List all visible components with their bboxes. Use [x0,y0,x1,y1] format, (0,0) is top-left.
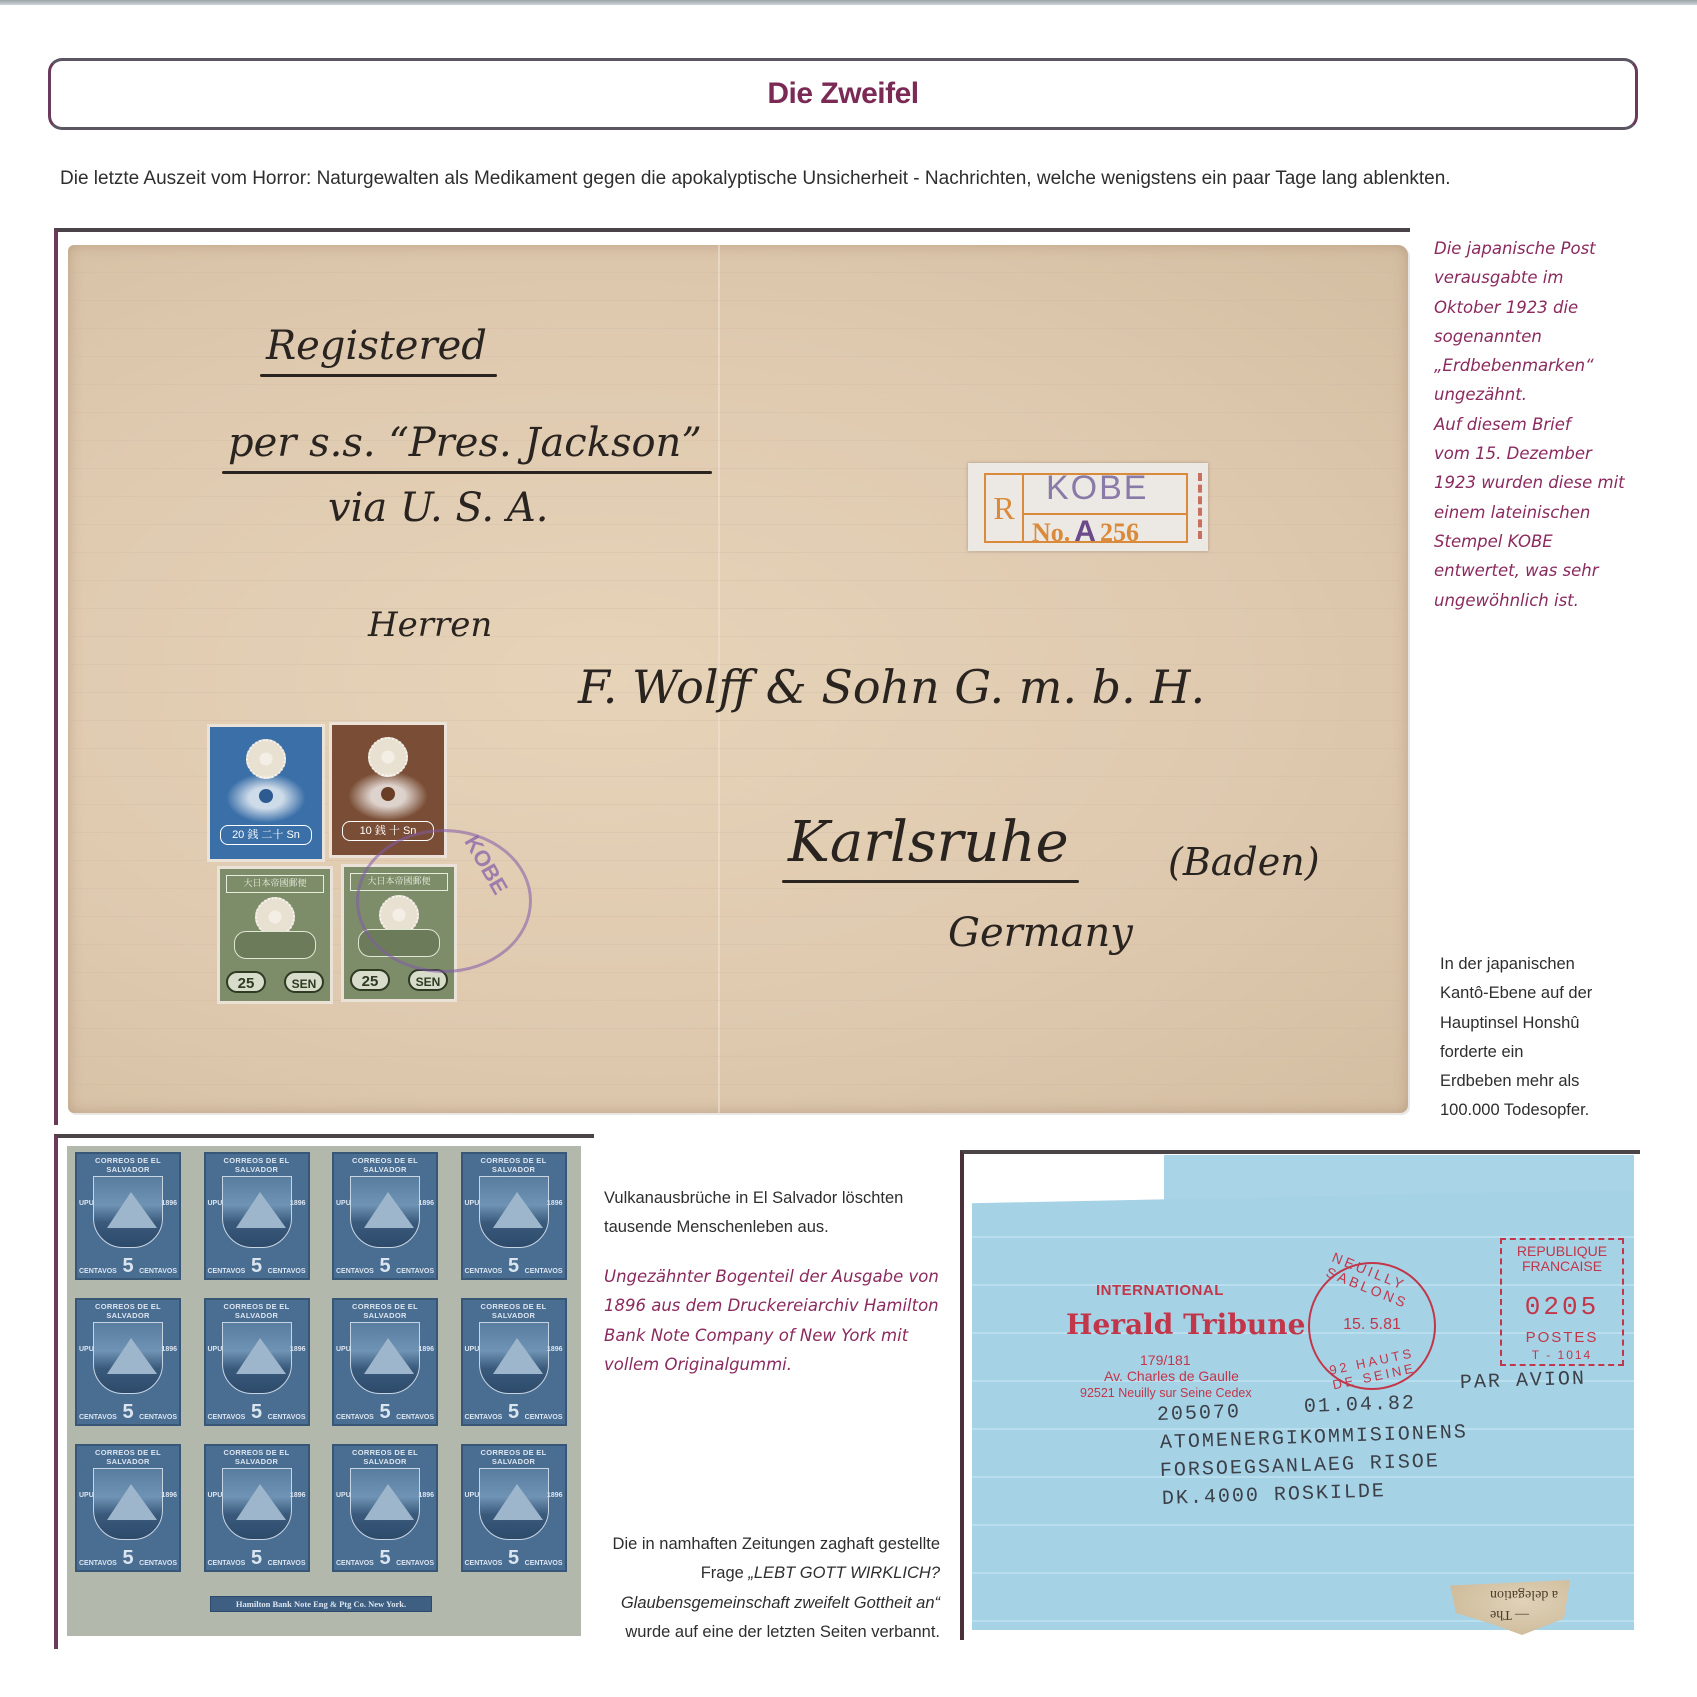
typed-date: 01.04.82 [1304,1392,1417,1419]
note-line: 1923 wurden diese mit [1434,468,1674,497]
handwriting-city: Karlsruhe [788,810,1069,875]
salvador-5-centavos-stamp: CORREOS DE EL SALVADORUPU1896CENTAVOS5CE… [332,1152,438,1280]
handwriting-addressee: F. Wolff & Sohn G. m. b. H. [578,660,1205,714]
volcano-icon [364,1338,414,1374]
salvador-5-centavos-stamp: CORREOS DE EL SALVADORUPU1896CENTAVOS5CE… [75,1152,181,1280]
note-line: tausende Menschenleben aus. [604,1213,944,1242]
intro-text: Die letzte Auszeit vom Horror: Naturgewa… [60,168,1451,190]
japan-cover: Registered per s.s. “Pres. Jackson” via … [68,245,1408,1113]
salvador-5-centavos-stamp: CORREOS DE EL SALVADORUPU1896CENTAVOS5CE… [75,1298,181,1426]
salvador-5-centavos-stamp: CORREOS DE EL SALVADORUPU1896CENTAVOS5CE… [204,1298,310,1426]
note-line: 100.000 Todesopfer. [1440,1096,1680,1125]
salvador-5-centavos-stamp: CORREOS DE EL SALVADORUPU1896CENTAVOS5CE… [332,1298,438,1426]
salvador-5-centavos-stamp: CORREOS DE EL SALVADORUPU1896CENTAVOS5CE… [332,1444,438,1572]
handwriting-region: (Baden) [1168,840,1320,884]
page-title: Die Zweifel [767,77,918,111]
typed-reference: 205070 [1157,1401,1242,1427]
meter-mark: REPUBLIQUE FRANCAISE 0205 POSTES T - 101… [1500,1238,1624,1366]
printer-imprint: Hamilton Bank Note Eng & Ptg Co. New Yor… [210,1596,432,1612]
title-banner: Die Zweifel [48,58,1638,130]
salvador-5-centavos-stamp: CORREOS DE EL SALVADORUPU1896CENTAVOS5CE… [204,1444,310,1572]
note-line: vollem Originalgummi. [604,1350,944,1379]
salvador-5-centavos-stamp: CORREOS DE EL SALVADORUPU1896CENTAVOS5CE… [461,1152,567,1280]
handwriting-ship: per s.s. “Pres. Jackson” [228,420,702,466]
sender-address-2: Av. Charles de Gaulle [1104,1368,1239,1384]
volcano-icon [236,1338,286,1374]
note-line: Kantô-Ebene auf der [1440,979,1680,1008]
kobe-cancel-postmark: KOBE [356,829,532,973]
note-line: Oktober 1923 die [1434,293,1674,322]
note-line: Stempel KOBE [1434,527,1674,556]
volcano-icon [364,1484,414,1520]
volcano-icon [107,1192,157,1228]
note-line: Erdbeben mehr als [1440,1067,1680,1096]
note-line: Vulkanausbrüche in El Salvador löschten [604,1184,944,1213]
perforation-edge [1198,473,1202,539]
note-line: forderte ein [1440,1038,1680,1067]
stamp-20-sen-blue: 20 銭 二十 Sn [210,727,322,859]
volcano-icon [493,1192,543,1228]
volcano-note: Vulkanausbrüche in El Salvador löschtent… [604,1184,944,1243]
sender-line-1: INTERNATIONAL [1096,1282,1224,1299]
registration-r: R [986,475,1024,541]
salvador-5-centavos-stamp: CORREOS DE EL SALVADORUPU1896CENTAVOS5CE… [204,1152,310,1280]
note-line: sogenannten [1434,322,1674,351]
sender-address-1: 179/181 [1140,1352,1191,1368]
sheet-description-note: Ungezähnter Bogenteil der Ausgabe von189… [604,1262,944,1379]
earthquake-note: In der japanischenKantô-Ebene auf derHau… [1440,950,1680,1126]
note-line: ungezähnt. [1434,380,1674,409]
handwriting-via: via U. S. A. [328,485,548,531]
registration-office: KOBE [1046,469,1148,508]
japan-stamps-note: Die japanische Postverausgabte imOktober… [1434,234,1674,615]
registration-label: R KOBE No.A256 [968,463,1208,551]
note-line: 1896 aus dem Druckereiarchiv Hamilton [604,1291,944,1320]
typed-airmail: PAR AVION [1460,1368,1587,1395]
handwriting-salutation: Herren [368,605,492,645]
salvador-stamp-sheet: CORREOS DE EL SALVADORUPU1896CENTAVOS5CE… [67,1146,581,1636]
salvador-5-centavos-stamp: CORREOS DE EL SALVADORUPU1896CENTAVOS5CE… [461,1444,567,1572]
volcano-icon [236,1484,286,1520]
volcano-icon [236,1192,286,1228]
note-line: vom 15. Dezember [1434,439,1674,468]
note-line: einem lateinischen [1434,498,1674,527]
note-line: In der japanischen [1440,950,1680,979]
registration-number: No.A256 [1032,515,1139,549]
top-rule [0,0,1697,5]
volcano-icon [493,1484,543,1520]
note-line: ungewöhnlich ist. [1434,586,1674,615]
note-line: Bank Note Company of New York mit [604,1321,944,1350]
volcano-icon [107,1338,157,1374]
newspaper-note: Die in namhaften Zeitungen zaghaft geste… [600,1530,940,1647]
note-line: Auf diesem Brief [1434,410,1674,439]
volcano-icon [493,1338,543,1374]
stamp-25-sen-green: 大日本帝國郵便 25 SEN [220,869,330,1001]
volcano-icon [364,1192,414,1228]
volcano-icon [107,1484,157,1520]
note-line: entwertet, was sehr [1434,556,1674,585]
note-line: Ungezähnter Bogenteil der Ausgabe von [604,1262,944,1291]
note-line: „Erdbebenmarken“ [1434,351,1674,380]
note-line: verausgabte im [1434,263,1674,292]
note-line: Hauptinsel Honshû [1440,1009,1680,1038]
salvador-5-centavos-stamp: CORREOS DE EL SALVADORUPU1896CENTAVOS5CE… [75,1444,181,1572]
handwriting-registered: Registered [266,323,487,369]
sender-newspaper: Herald Tribune [1066,1308,1305,1341]
neuilly-postmark: NEUILLY SABLONS 15. 5.81 92 HAUTS DE SEI… [1308,1262,1436,1390]
salvador-5-centavos-stamp: CORREOS DE EL SALVADORUPU1896CENTAVOS5CE… [461,1298,567,1426]
note-line: Die japanische Post [1434,234,1674,263]
handwriting-country: Germany [948,910,1133,956]
sender-address-3: 92521 Neuilly sur Seine Cedex [1080,1386,1252,1400]
